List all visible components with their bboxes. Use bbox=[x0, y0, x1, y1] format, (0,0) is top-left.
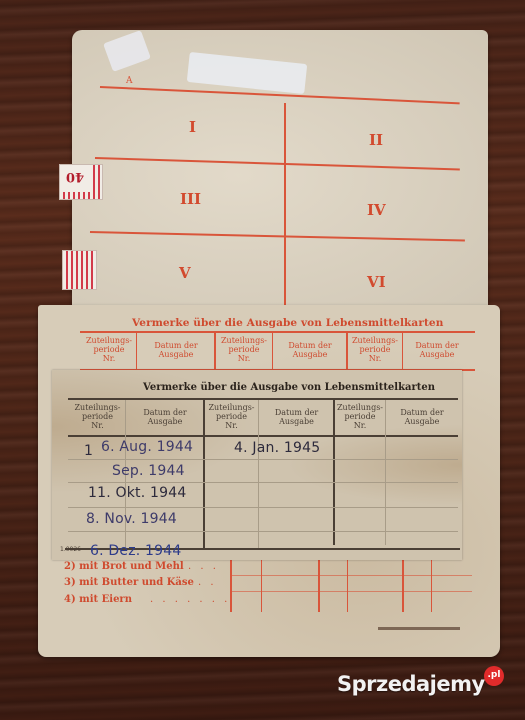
grid-line bbox=[232, 575, 472, 576]
grid-line bbox=[258, 400, 259, 548]
corner-mark: A bbox=[126, 76, 133, 86]
grid-line bbox=[68, 398, 458, 400]
grid-line bbox=[68, 459, 458, 460]
grid-line bbox=[402, 333, 403, 369]
grid-line bbox=[68, 482, 458, 483]
print-code: 1.0026 bbox=[60, 546, 81, 553]
grid-line bbox=[402, 560, 404, 612]
column-header: Datum der Ausgabe bbox=[260, 408, 333, 426]
date-stamp: Sep. 1944 bbox=[112, 463, 185, 479]
date-stamp: 6. Dez. 1944 bbox=[90, 543, 181, 559]
list-item: 3) mit Butter und Käse bbox=[64, 577, 194, 588]
section-title: Vermerke über die Ausgabe von Lebensmitt… bbox=[132, 317, 443, 329]
column-header: Zuteilungs- periode Nr. bbox=[82, 336, 136, 363]
leader-dots: . . . bbox=[188, 561, 219, 572]
grid-line bbox=[347, 560, 348, 612]
grid-line bbox=[136, 333, 137, 369]
date-stamp: 8. Nov. 1944 bbox=[86, 511, 177, 527]
grid-line bbox=[431, 560, 432, 612]
grid-line bbox=[232, 591, 472, 592]
section-label: VI bbox=[367, 273, 386, 291]
date-stamp: 4. Jan. 1945 bbox=[234, 440, 320, 456]
grid-line bbox=[318, 560, 320, 612]
column-header: Datum der Ausgabe bbox=[127, 408, 203, 426]
watermark-logo: Sprzedajemy bbox=[337, 672, 485, 696]
section-label: V bbox=[179, 264, 191, 282]
date-stamp: 11. Okt. 1944 bbox=[88, 485, 186, 501]
ration-stamp bbox=[62, 250, 97, 290]
grid-line bbox=[68, 531, 458, 532]
grid-line bbox=[385, 400, 386, 545]
ration-stamp: 40 bbox=[59, 164, 103, 200]
column-header: Datum der Ausgabe bbox=[138, 341, 214, 359]
column-header: Zuteilungs- periode Nr. bbox=[70, 403, 125, 430]
grid-line bbox=[80, 331, 475, 333]
section-label: III bbox=[180, 190, 201, 208]
leader-dots: . . . . . . . bbox=[150, 594, 230, 605]
ink-mark bbox=[378, 627, 460, 630]
list-item: 2) mit Brot und Mehl bbox=[64, 561, 184, 572]
leader-dots: . . bbox=[198, 577, 217, 588]
column-header: Zuteilungs- periode Nr. bbox=[348, 336, 402, 363]
section-label: II bbox=[369, 131, 383, 149]
section-label: IV bbox=[367, 201, 386, 219]
stamp-stripes bbox=[90, 165, 102, 199]
section-label: I bbox=[189, 118, 196, 136]
column-header: Datum der Ausgabe bbox=[404, 341, 470, 359]
list-item: 4) mit Eiern bbox=[64, 594, 132, 605]
column-header: Zuteilungs- periode Nr. bbox=[335, 403, 385, 430]
grid-line bbox=[261, 560, 262, 612]
grid-line bbox=[272, 333, 273, 369]
grid-line bbox=[68, 435, 458, 437]
slip-title: Vermerke über die Ausgabe von Lebensmitt… bbox=[143, 382, 435, 393]
column-header: Zuteilungs- periode Nr. bbox=[205, 403, 258, 430]
column-header: Zuteilungs- periode Nr. bbox=[216, 336, 272, 363]
period-number: 1 bbox=[84, 443, 93, 459]
date-stamp: 6. Aug. 1944 bbox=[101, 439, 193, 455]
grid-line bbox=[284, 103, 286, 318]
grid-line bbox=[68, 507, 458, 508]
stamp-stripes bbox=[60, 192, 90, 199]
column-header: Datum der Ausgabe bbox=[274, 341, 346, 359]
column-header: Datum der Ausgabe bbox=[387, 408, 457, 426]
watermark-tld-badge: .pl bbox=[484, 666, 504, 686]
